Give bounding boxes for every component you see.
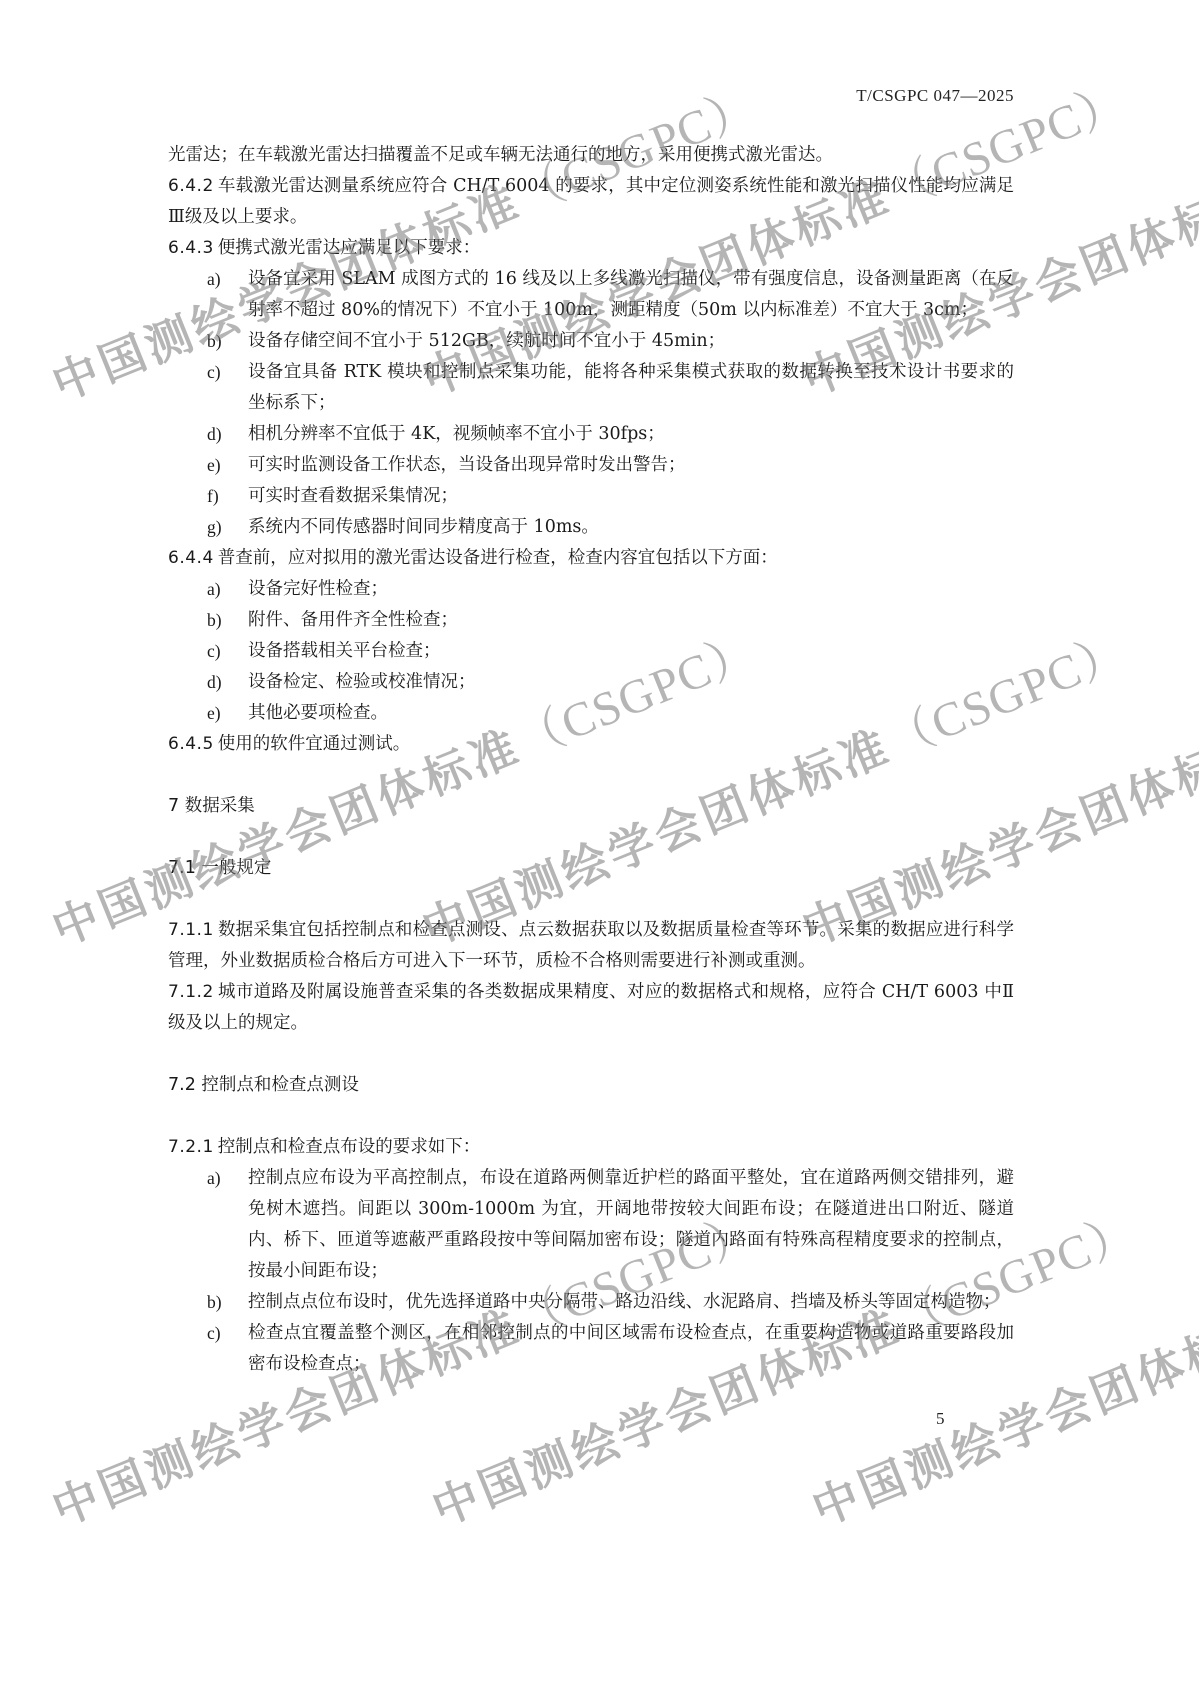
clause-6-4-3: 6.4.3便携式激光雷达应满足以下要求： [168,233,1014,264]
list-item: b)控制点点位布设时，优先选择道路中央分隔带、路边沿线、水泥路肩、挡墙及桥头等固… [168,1287,1014,1318]
clause-text: 普查前，应对拟用的激光雷达设备进行检查，检查内容宜包括以下方面： [218,548,778,568]
list-item: g)系统内不同传感器时间同步精度高于 10ms。 [168,512,1014,543]
list-label: a) [168,264,248,295]
list-item: a)设备宜采用 SLAM 成图方式的 16 线及以上多线激光扫描仪，带有强度信息… [168,264,1014,326]
clause-text: 数据采集宜包括控制点和检查点测设、点云数据获取以及数据质量检查等环节。采集的数据… [168,920,1014,971]
list-text: 其他必要项检查。 [248,698,1014,729]
document-page: T/CSGPC 047—2025 光雷达；在车载激光雷达扫描覆盖不足或车辆无法通… [0,0,1199,1696]
list-label: a) [168,574,248,605]
section-7-2-heading: 7.2 控制点和检查点测设 [168,1070,1014,1101]
list-label: d) [168,667,248,698]
list-label: b) [168,1287,248,1318]
list-text: 相机分辨率不宜低于 4K，视频帧率不宜小于 30fps； [248,419,1014,450]
section-7-heading: 7 数据采集 [168,791,1014,822]
list-text: 检查点宜覆盖整个测区，在相邻控制点的中间区域需布设检查点，在重要构造物或道路重要… [248,1318,1014,1380]
clause-6-4-3-list: a)设备宜采用 SLAM 成图方式的 16 线及以上多线激光扫描仪，带有强度信息… [168,264,1014,543]
list-text: 设备宜具备 RTK 模块和控制点采集功能，能将各种采集模式获取的数据转换至技术设… [248,357,1014,419]
list-text: 附件、备用件齐全性检查； [248,605,1014,636]
list-label: b) [168,605,248,636]
clause-7-2-1-list: a)控制点应布设为平高控制点，布设在道路两侧靠近护栏的路面平整处，宜在道路两侧交… [168,1163,1014,1380]
list-label: c) [168,357,248,388]
list-text: 设备检定、检验或校准情况； [248,667,1014,698]
clause-6-4-2: 6.4.2车载激光雷达测量系统应符合 CH/T 6004 的要求，其中定位测姿系… [168,171,1014,233]
list-text: 系统内不同传感器时间同步精度高于 10ms。 [248,512,1014,543]
list-item: c)设备宜具备 RTK 模块和控制点采集功能，能将各种采集模式获取的数据转换至技… [168,357,1014,419]
clause-7-2-1: 7.2.1控制点和检查点布设的要求如下： [168,1132,1014,1163]
list-item: a)控制点应布设为平高控制点，布设在道路两侧靠近护栏的路面平整处，宜在道路两侧交… [168,1163,1014,1287]
list-label: c) [168,1318,248,1349]
list-label: d) [168,419,248,450]
list-item: f)可实时查看数据采集情况； [168,481,1014,512]
clause-number: 7.1.2 [168,982,214,1002]
spacer [168,1039,1014,1070]
list-text: 控制点应布设为平高控制点，布设在道路两侧靠近护栏的路面平整处，宜在道路两侧交错排… [248,1163,1014,1287]
list-label: b) [168,326,248,357]
section-7-1-heading: 7.1 一般规定 [168,853,1014,884]
clause-6-4-4-list: a)设备完好性检查； b)附件、备用件齐全性检查； c)设备搭载相关平台检查； … [168,574,1014,729]
list-item: d)设备检定、检验或校准情况； [168,667,1014,698]
clause-number: 6.4.5 [168,734,214,754]
list-item: e)其他必要项检查。 [168,698,1014,729]
page-number: 5 [936,1409,945,1429]
clause-text: 便携式激光雷达应满足以下要求： [218,238,481,258]
list-item: b)设备存储空间不宜小于 512GB，续航时间不宜小于 45min； [168,326,1014,357]
clause-number: 7.2.1 [168,1137,214,1157]
list-label: a) [168,1163,248,1194]
clause-text: 城市道路及附属设施普查采集的各类数据成果精度、对应的数据格式和规格，应符合 CH… [168,982,1014,1033]
list-text: 可实时监测设备工作状态，当设备出现异常时发出警告； [248,450,1014,481]
clause-text: 使用的软件宜通过测试。 [218,734,411,754]
clause-6-4-4: 6.4.4普查前，应对拟用的激光雷达设备进行检查，检查内容宜包括以下方面： [168,543,1014,574]
clause-number: 6.4.4 [168,548,214,568]
page-content: 光雷达；在车载激光雷达扫描覆盖不足或车辆无法通行的地方，采用便携式激光雷达。 6… [168,140,1014,1380]
clause-text: 车载激光雷达测量系统应符合 CH/T 6004 的要求，其中定位测姿系统性能和激… [168,176,1014,227]
list-label: e) [168,450,248,481]
clause-7-1-1: 7.1.1数据采集宜包括控制点和检查点测设、点云数据获取以及数据质量检查等环节。… [168,915,1014,977]
list-label: c) [168,636,248,667]
clause-7-1-2: 7.1.2城市道路及附属设施普查采集的各类数据成果精度、对应的数据格式和规格，应… [168,977,1014,1039]
list-label: e) [168,698,248,729]
clause-6-4-5: 6.4.5使用的软件宜通过测试。 [168,729,1014,760]
list-label: g) [168,512,248,543]
list-item: e)可实时监测设备工作状态，当设备出现异常时发出警告； [168,450,1014,481]
clause-number: 6.4.2 [168,176,214,196]
clause-text: 控制点和检查点布设的要求如下： [218,1137,481,1157]
list-text: 设备完好性检查； [248,574,1014,605]
list-text: 设备搭载相关平台检查； [248,636,1014,667]
list-item: c)检查点宜覆盖整个测区，在相邻控制点的中间区域需布设检查点，在重要构造物或道路… [168,1318,1014,1380]
paragraph-continuation: 光雷达；在车载激光雷达扫描覆盖不足或车辆无法通行的地方，采用便携式激光雷达。 [168,140,1014,171]
list-item: b)附件、备用件齐全性检查； [168,605,1014,636]
list-text: 设备宜采用 SLAM 成图方式的 16 线及以上多线激光扫描仪，带有强度信息，设… [248,264,1014,326]
list-label: f) [168,481,248,512]
clause-number: 6.4.3 [168,238,214,258]
document-code-header: T/CSGPC 047—2025 [856,86,1014,106]
list-item: a)设备完好性检查； [168,574,1014,605]
list-text: 设备存储空间不宜小于 512GB，续航时间不宜小于 45min； [248,326,1014,357]
list-text: 控制点点位布设时，优先选择道路中央分隔带、路边沿线、水泥路肩、挡墙及桥头等固定构… [248,1287,1014,1318]
clause-number: 7.1.1 [168,920,214,940]
list-text: 可实时查看数据采集情况； [248,481,1014,512]
list-item: c)设备搭载相关平台检查； [168,636,1014,667]
list-item: d)相机分辨率不宜低于 4K，视频帧率不宜小于 30fps； [168,419,1014,450]
